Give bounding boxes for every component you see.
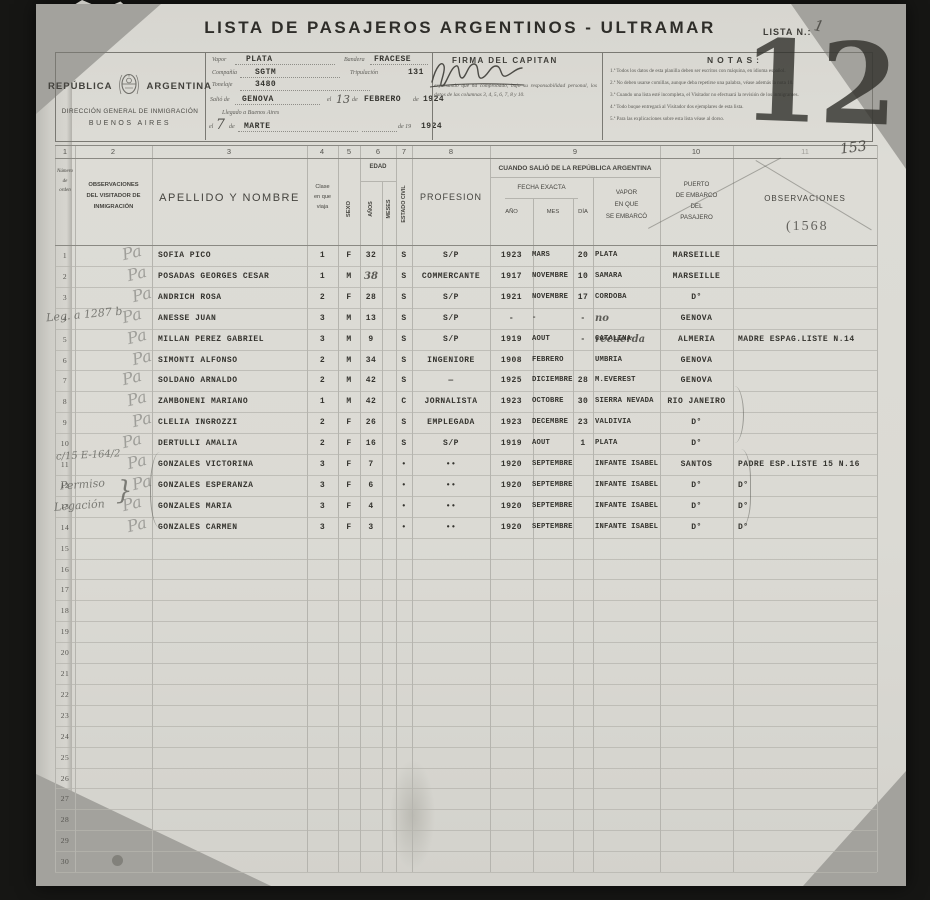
- row-8-estado: C: [396, 391, 412, 412]
- row-4-mes: -: [532, 308, 574, 329]
- row-7-vapor: M.EVEREST: [595, 370, 659, 391]
- empty-row-17: 17: [0, 579, 930, 600]
- row-11-profesion: ••: [412, 454, 490, 475]
- col-header-fecha-exacta: FECHA EXACTA: [490, 184, 593, 191]
- row-7-estado: S: [396, 370, 412, 391]
- page-title: LISTA DE PASAJEROS ARGENTINOS - ULTRAMAR: [170, 18, 750, 38]
- table-grid-hline: [55, 158, 877, 159]
- row-1-puerto: MARSEILLE: [660, 245, 733, 266]
- column-number: 10: [686, 147, 706, 156]
- row-8-sexo: M: [338, 391, 360, 412]
- empty-row-30: 30: [0, 851, 930, 872]
- row-9-puerto: D°: [660, 412, 733, 433]
- row-11-estado: •: [396, 454, 412, 475]
- row-11-obs: PADRE ESP.LISTE 15 N.16: [738, 454, 877, 475]
- row-1-vapor: PLATA: [595, 245, 659, 266]
- row-3-dia: 17: [573, 287, 593, 308]
- row-6-mes: FEBRERO: [532, 350, 574, 371]
- row-3-n: 3: [55, 287, 75, 308]
- row-10-anos: 16: [360, 433, 382, 454]
- col-header-orden: Número de orden: [53, 167, 77, 196]
- row-7-clase: 2: [307, 370, 338, 391]
- row-10-profesion: S/P: [412, 433, 490, 454]
- row-5-clase: 3: [307, 329, 338, 350]
- row-6-ano: 1908: [490, 350, 533, 371]
- row-16-n: 16: [55, 559, 75, 580]
- row-4-vapor: no recuerda: [595, 308, 659, 329]
- row-14-mes: SEPTEMBRE: [532, 517, 574, 538]
- coat-of-arms-icon: [118, 72, 140, 101]
- row-4-estado: S: [396, 308, 412, 329]
- row-8-mes: OCTOBRE: [532, 391, 574, 412]
- row-18-n: 18: [55, 600, 75, 621]
- empty-row-21: 21: [0, 663, 930, 684]
- row-1-ano: 1923: [490, 245, 533, 266]
- row-2-name: POSADAS GEORGES CESAR: [158, 266, 308, 287]
- row-7-ano: 1925: [490, 370, 533, 391]
- col-header-anos: AÑOS: [368, 187, 374, 231]
- col-header-apellido: APELLIDO Y NOMBRE: [152, 192, 307, 204]
- visitador-mark-row-6: Pa: [130, 345, 154, 368]
- row-8-name: ZAMBONENI MARIANO: [158, 391, 308, 412]
- row-11-name: GONZALES VICTORINA: [158, 454, 308, 475]
- row-6-anos: 34: [360, 350, 382, 371]
- empty-row-23: 23: [0, 705, 930, 726]
- col-header-visitador: OBSERVACIONES DEL VISITADOR DE INMIGRACI…: [76, 180, 151, 213]
- row-14-n: 14: [55, 517, 75, 538]
- row-28-n: 28: [55, 809, 75, 830]
- row-14-ano: 1920: [490, 517, 533, 538]
- column-number: 7: [394, 147, 414, 156]
- row-4-sexo: M: [338, 308, 360, 329]
- row-10-ano: 1919: [490, 433, 533, 454]
- row-2-vapor: SAMARA: [595, 266, 659, 287]
- row-8-clase: 1: [307, 391, 338, 412]
- row-14-vapor: INFANTE ISABEL: [595, 517, 659, 538]
- row-13-name: GONZALES MARIA: [158, 496, 308, 517]
- row-21-n: 21: [55, 663, 75, 684]
- col-header-meses: MESES: [386, 187, 392, 231]
- row-12-name: GONZALES ESPERANZA: [158, 475, 308, 496]
- row-1-mes: MARS: [532, 245, 574, 266]
- row-9-vapor: VALDIVIA: [595, 412, 659, 433]
- row-4-puerto: GENOVA: [660, 308, 733, 329]
- nota-4: 4.ª Todo buque entregará al Visitador do…: [610, 105, 744, 110]
- row-14-clase: 3: [307, 517, 338, 538]
- column-number: 6: [368, 147, 388, 156]
- registry-number-stamp: (1568: [786, 219, 829, 235]
- row-8-ano: 1923: [490, 391, 533, 412]
- row-4-dia: -: [573, 308, 593, 329]
- office-name: DIRECCIÓN GENERAL DE INMIGRACIÓN: [58, 108, 202, 115]
- row-1-name: SOFIA PICO: [158, 245, 308, 266]
- row-23-n: 23: [55, 705, 75, 726]
- row-5-vapor: CATALINA: [595, 329, 659, 350]
- row-7-n: 7: [55, 370, 75, 391]
- row-5-anos: 9: [360, 329, 382, 350]
- row-9-n: 9: [55, 412, 75, 433]
- row-13-mes: SEPTEMBRE: [532, 496, 574, 517]
- row-3-mes: NOVEMBRE: [532, 287, 574, 308]
- row-9-estado: S: [396, 412, 412, 433]
- row-10-dia: 1: [573, 433, 593, 454]
- col-header-mes: MES: [533, 209, 573, 215]
- row-5-mes: AOUT: [532, 329, 574, 350]
- row-10-name: DERTULLI AMALIA: [158, 433, 308, 454]
- row-3-estado: S: [396, 287, 412, 308]
- row-3-name: ANDRICH ROSA: [158, 287, 308, 308]
- row-14-profesion: ••: [412, 517, 490, 538]
- row-6-profesion: INGENIORE: [412, 350, 490, 371]
- row-7-anos: 42: [360, 370, 382, 391]
- row-11-ano: 1920: [490, 454, 533, 475]
- col-header-ano: AÑO: [490, 209, 533, 215]
- row-2-ano: 1917: [490, 266, 533, 287]
- row-5-name: MILLAN PEREZ GABRIEL: [158, 329, 308, 350]
- row-24-n: 24: [55, 726, 75, 747]
- column-number: 2: [103, 147, 123, 156]
- row-5-ano: 1919: [490, 329, 533, 350]
- row-5-profesion: S/P: [412, 329, 490, 350]
- row-14-name: GONZALES CARMEN: [158, 517, 308, 538]
- col-header-edad: EDAD: [358, 164, 398, 170]
- row-6-puerto: GENOVA: [660, 350, 733, 371]
- row-19-n: 19: [55, 621, 75, 642]
- empty-row-20: 20: [0, 642, 930, 663]
- row-10-puerto: D°: [660, 433, 733, 454]
- row-13-profesion: ••: [412, 496, 490, 517]
- row-5-puerto: ALMERIA: [660, 329, 733, 350]
- row-3-vapor: CORDOBA: [595, 287, 659, 308]
- col-header-clase: Clase en que viaja: [305, 182, 340, 212]
- row-10-vapor: PLATA: [595, 433, 659, 454]
- row-15-n: 15: [55, 538, 75, 559]
- row-8-puerto: RIO JANEIRO: [660, 391, 733, 412]
- row-25-n: 25: [55, 747, 75, 768]
- row-7-profesion: —: [412, 370, 490, 391]
- row-22-n: 22: [55, 684, 75, 705]
- row-2-mes: NOVEMBRE: [532, 266, 574, 287]
- row-2-clase: 1: [307, 266, 338, 287]
- row-29-n: 29: [55, 830, 75, 851]
- row-5-estado: S: [396, 329, 412, 350]
- row-8-vapor: SIERRA NEVADA: [595, 391, 659, 412]
- empty-row-22: 22: [0, 684, 930, 705]
- column-number: 9: [565, 147, 585, 156]
- row-2-n: 2: [55, 266, 75, 287]
- row-12-obs: D°: [738, 475, 877, 496]
- row-3-ano: 1921: [490, 287, 533, 308]
- empty-row-15: 15: [0, 538, 930, 559]
- fecha-exacta-underline: [505, 198, 578, 199]
- row-13-vapor: INFANTE ISABEL: [595, 496, 659, 517]
- column-number: 4: [312, 147, 332, 156]
- col-header-profesion: PROFESION: [412, 192, 490, 202]
- row-7-dia: 28: [573, 370, 593, 391]
- row-10-sexo: F: [338, 433, 360, 454]
- row-6-n: 6: [55, 350, 75, 371]
- row-3-puerto: D°: [660, 287, 733, 308]
- row-3-anos: 28: [360, 287, 382, 308]
- column-number: 1: [55, 147, 75, 156]
- visitador-mark-row-5: Pa: [125, 325, 149, 348]
- row-6-clase: 2: [307, 350, 338, 371]
- row-10-mes: AOUT: [532, 433, 574, 454]
- row-9-clase: 2: [307, 412, 338, 433]
- row-11-puerto: SANTOS: [660, 454, 733, 475]
- column-number: 8: [441, 147, 461, 156]
- col-header-sexo: SEXO: [346, 187, 352, 231]
- row-12-clase: 3: [307, 475, 338, 496]
- country-name-right: ARGENTINA: [146, 81, 211, 92]
- country-name-left: REPÚBLICA: [48, 81, 112, 92]
- row-6-vapor: UMBRIA: [595, 350, 659, 371]
- row-4-ano: -: [490, 308, 533, 329]
- row-3-sexo: F: [338, 287, 360, 308]
- row-12-profesion: ••: [412, 475, 490, 496]
- letterhead: REPÚBLICA ARGENTINA DIRECCIÓN GENERAL DE…: [58, 72, 202, 127]
- row-5-obs: MADRE ESPAG.LISTE N.14: [738, 329, 877, 350]
- row-1-estado: S: [396, 245, 412, 266]
- header-divider-3: [602, 52, 603, 140]
- cuando-salio-underline: [490, 177, 660, 178]
- row-12-anos: 6: [360, 475, 382, 496]
- row-2-sexo: M: [338, 266, 360, 287]
- page-number-stamp-handwritten: 12: [740, 25, 900, 142]
- row-3-clase: 2: [307, 287, 338, 308]
- row-12-estado: •: [396, 475, 412, 496]
- row-3-profesion: S/P: [412, 287, 490, 308]
- row-27-n: 27: [55, 788, 75, 809]
- row-12-mes: SEPTEMBRE: [532, 475, 574, 496]
- row-13-sexo: F: [338, 496, 360, 517]
- row-13-clase: 3: [307, 496, 338, 517]
- row-1-anos: 32: [360, 245, 382, 266]
- row-2-anos: 38: [360, 266, 382, 287]
- captain-signature-icon: [428, 56, 558, 95]
- row-30-n: 30: [55, 851, 75, 872]
- edad-underline: [360, 181, 396, 182]
- row-5-sexo: M: [338, 329, 360, 350]
- empty-row-27: 27: [0, 788, 930, 809]
- row-4-clase: 3: [307, 308, 338, 329]
- row-1-sexo: F: [338, 245, 360, 266]
- row-5-n: 5: [55, 329, 75, 350]
- row-9-mes: DECEMBRE: [532, 412, 574, 433]
- row-4-anos: 13: [360, 308, 382, 329]
- empty-row-19: 19: [0, 621, 930, 642]
- col-header-vapor: VAPOR EN QUE SE EMBARCÓ: [593, 187, 660, 222]
- row-26-n: 26: [55, 768, 75, 789]
- column-number: 5: [339, 147, 359, 156]
- empty-row-26: 26: [0, 768, 930, 789]
- row-11-anos: 7: [360, 454, 382, 475]
- col-header-observaciones: OBSERVACIONES: [733, 194, 877, 203]
- row-14-puerto: D°: [660, 517, 733, 538]
- row-12-ano: 1920: [490, 475, 533, 496]
- row-9-ano: 1923: [490, 412, 533, 433]
- col-header-estado-civil: ESTADO CIVIL: [401, 176, 407, 232]
- scanned-passenger-list-photo: LISTA DE PASAJEROS ARGENTINOS - ULTRAMAR…: [0, 0, 930, 900]
- table-grid-hline: [55, 872, 877, 873]
- empty-row-18: 18: [0, 600, 930, 621]
- row-11-vapor: INFANTE ISABEL: [595, 454, 659, 475]
- row-6-sexo: M: [338, 350, 360, 371]
- row-9-sexo: F: [338, 412, 360, 433]
- row-8-anos: 42: [360, 391, 382, 412]
- row-14-sexo: F: [338, 517, 360, 538]
- row-14-estado: •: [396, 517, 412, 538]
- row-5-dia: -: [573, 329, 593, 350]
- row-7-name: SOLDANO ARNALDO: [158, 370, 308, 391]
- city-name: BUENOS AIRES: [58, 120, 202, 127]
- row-1-clase: 1: [307, 245, 338, 266]
- empty-row-24: 24: [0, 726, 930, 747]
- empty-row-29: 29: [0, 830, 930, 851]
- col-header-dia: DÍA: [571, 209, 595, 215]
- row-8-profesion: JORNALISTA: [412, 391, 490, 412]
- row-2-puerto: MARSEILLE: [660, 266, 733, 287]
- col-header-cuando-salio: CUANDO SALIÓ DE LA REPÚBLICA ARGENTINA: [490, 165, 660, 172]
- row-17-n: 17: [55, 579, 75, 600]
- row-12-sexo: F: [338, 475, 360, 496]
- row-10-clase: 2: [307, 433, 338, 454]
- empty-row-16: 16: [0, 559, 930, 580]
- row-13-obs: D°: [738, 496, 877, 517]
- row-1-n: 1: [55, 245, 75, 266]
- row-8-n: 8: [55, 391, 75, 412]
- row-10-estado: S: [396, 433, 412, 454]
- nota-5: 5.ª Para las explicaciones sobre esta li…: [610, 117, 724, 122]
- row-14-anos: 3: [360, 517, 382, 538]
- row-13-puerto: D°: [660, 496, 733, 517]
- row-14-obs: D°: [738, 517, 877, 538]
- row-12-vapor: INFANTE ISABEL: [595, 475, 659, 496]
- row-9-anos: 26: [360, 412, 382, 433]
- row-13-estado: •: [396, 496, 412, 517]
- row-9-name: CLELIA INGROZZI: [158, 412, 308, 433]
- row-2-estado: S: [396, 266, 412, 287]
- row-11-clase: 3: [307, 454, 338, 475]
- empty-row-25: 25: [0, 747, 930, 768]
- row-1-dia: 20: [573, 245, 593, 266]
- header-divider-1: [205, 52, 206, 140]
- row-1-profesion: S/P: [412, 245, 490, 266]
- row-8-dia: 30: [573, 391, 593, 412]
- row-2-dia: 10: [573, 266, 593, 287]
- row-2-profesion: COMMERCANTE: [412, 266, 490, 287]
- row-7-mes: DICIEMBRE: [532, 370, 574, 391]
- column-number: 3: [219, 147, 239, 156]
- row-20-n: 20: [55, 642, 75, 663]
- row-11-mes: SEPTEMBRE: [532, 454, 574, 475]
- row-6-name: SIMONTI ALFONSO: [158, 350, 308, 371]
- row-7-sexo: M: [338, 370, 360, 391]
- row-4-name: ANESSE JUAN: [158, 308, 308, 329]
- empty-row-28: 28: [0, 809, 930, 830]
- row-13-ano: 1920: [490, 496, 533, 517]
- row-12-puerto: D°: [660, 475, 733, 496]
- row-11-sexo: F: [338, 454, 360, 475]
- row-7-puerto: GENOVA: [660, 370, 733, 391]
- row-13-anos: 4: [360, 496, 382, 517]
- row-6-estado: S: [396, 350, 412, 371]
- row-9-profesion: EMPLEGADA: [412, 412, 490, 433]
- row-4-profesion: S/P: [412, 308, 490, 329]
- row-9-dia: 23: [573, 412, 593, 433]
